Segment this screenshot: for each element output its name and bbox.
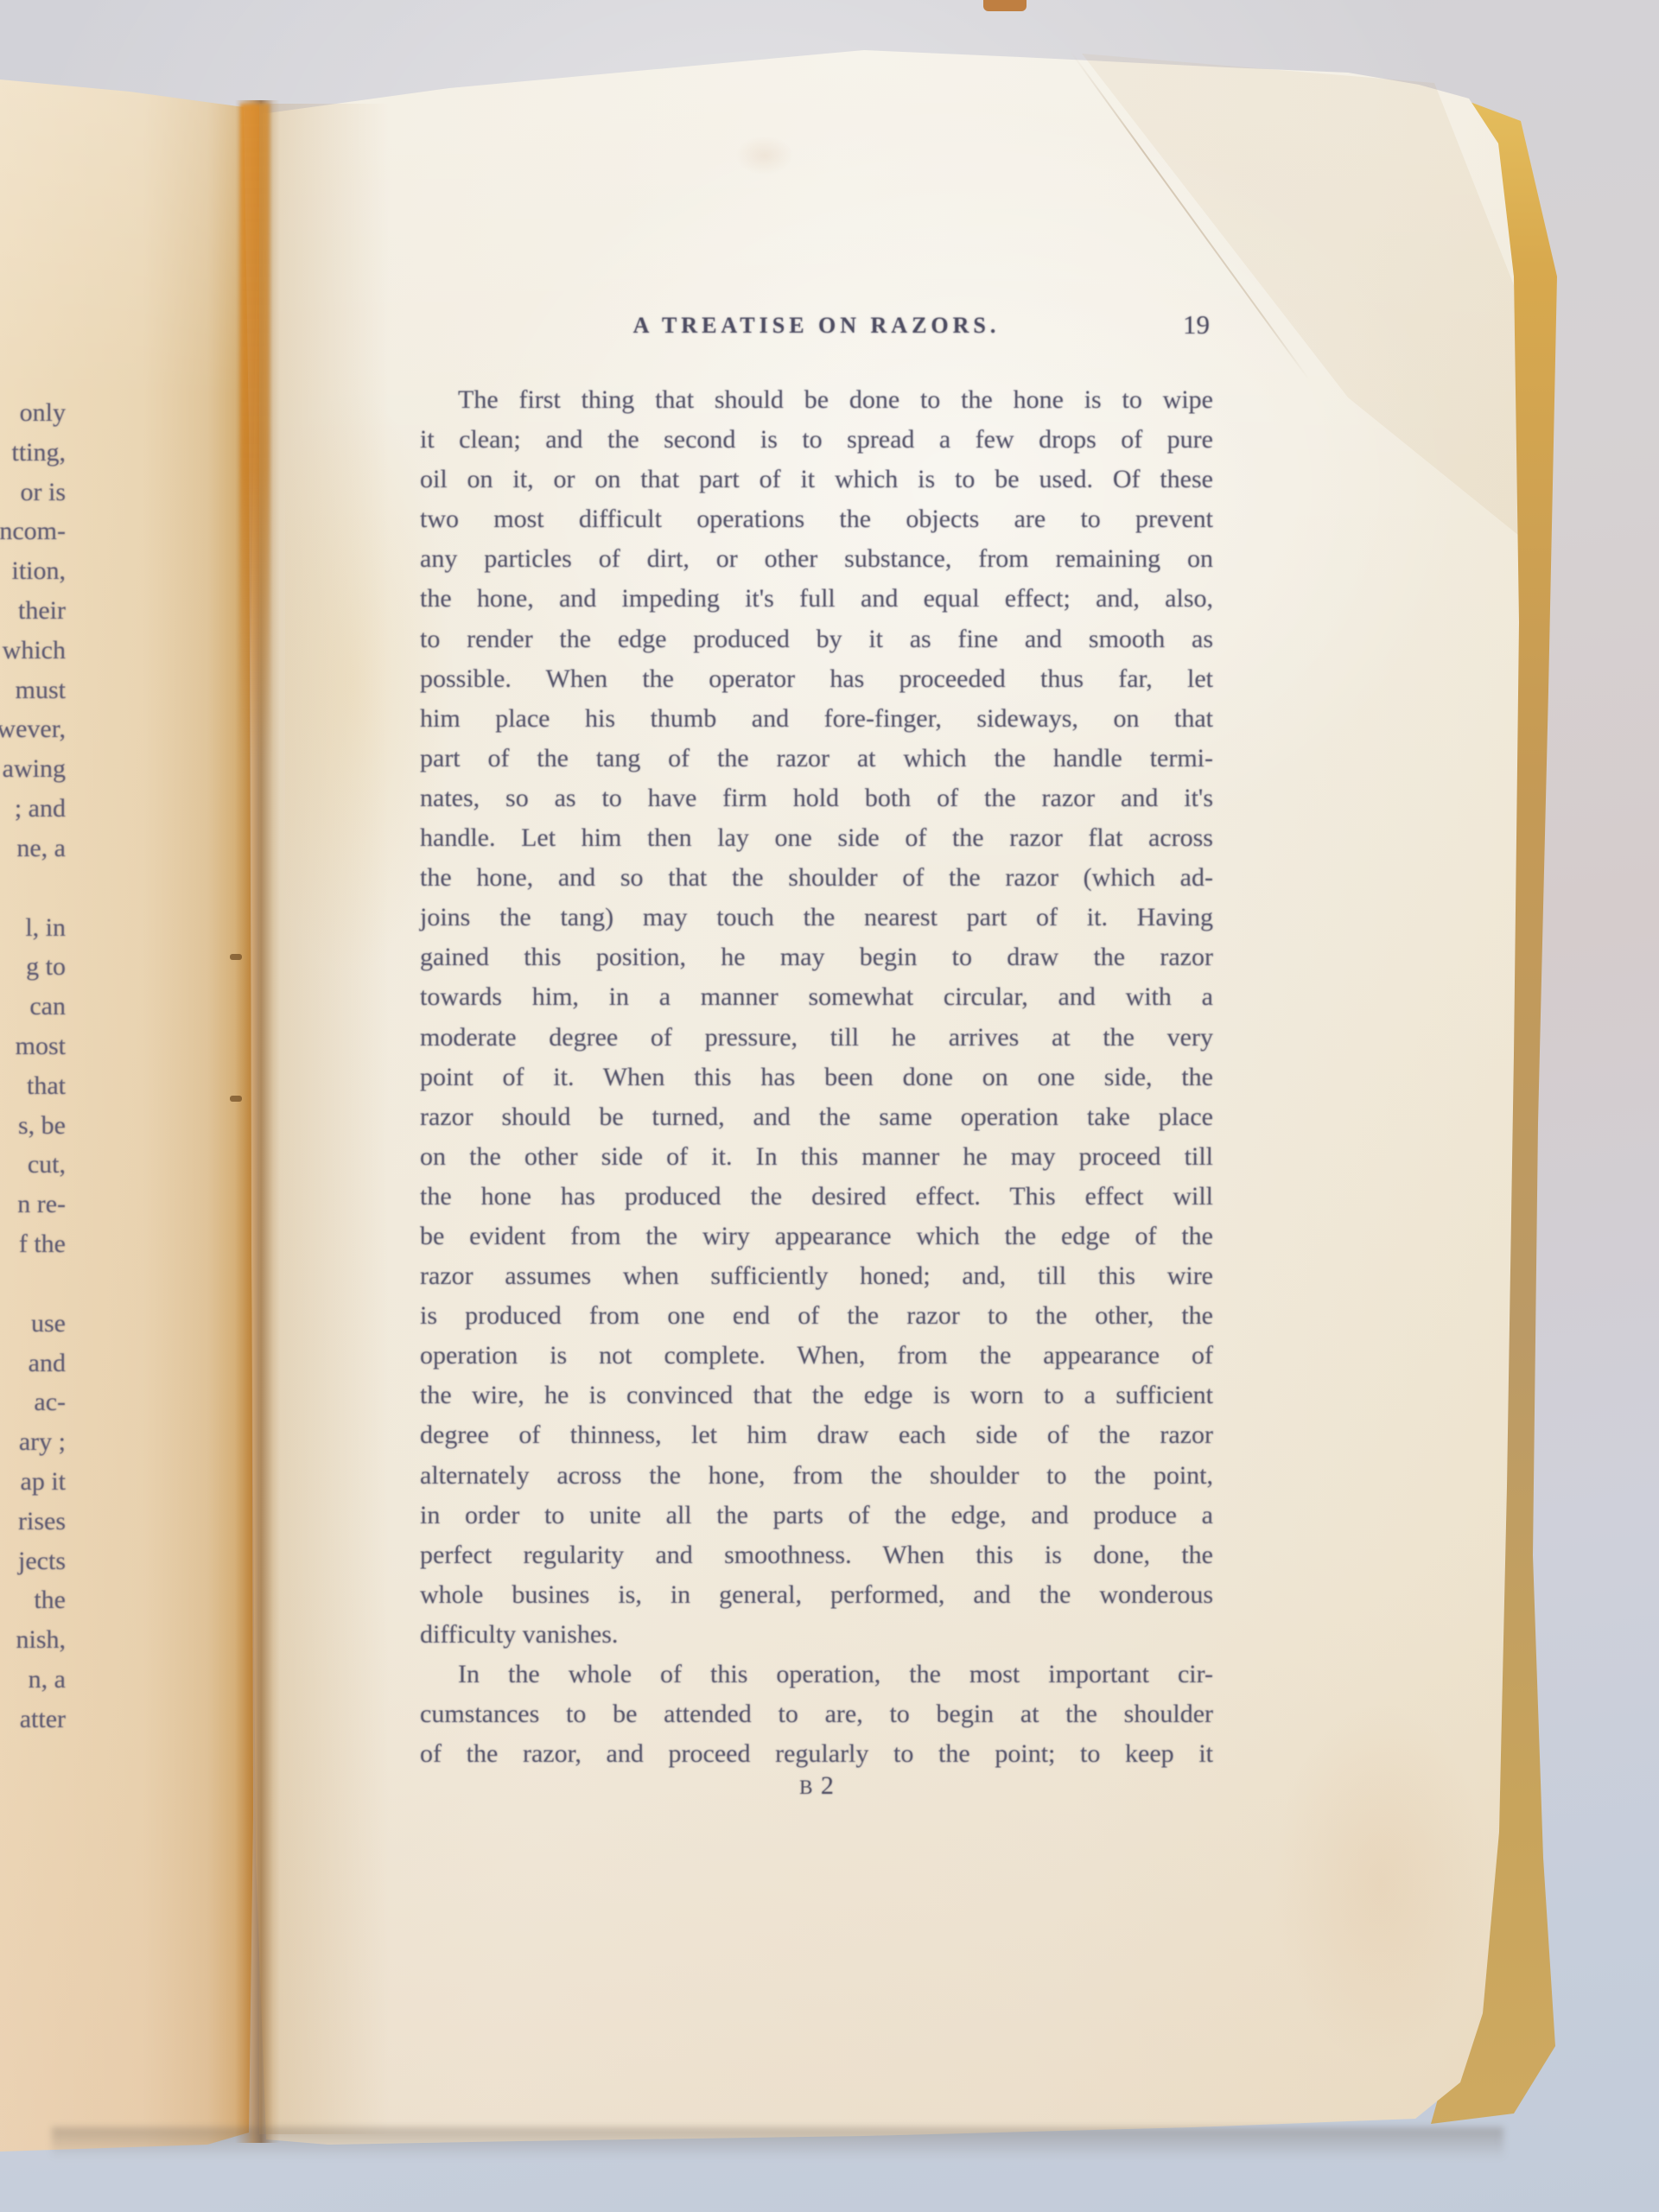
text-line: moderate degree of pressure, till he arr…: [420, 1018, 1213, 1058]
fragment-line: atter: [20, 1700, 66, 1739]
fragment-line: nish,: [16, 1620, 66, 1660]
text-line: The first thing that should be done to t…: [420, 380, 1213, 420]
fragment-line: tting,: [11, 433, 66, 473]
fragment-line: or is: [21, 473, 67, 512]
text-line: the hone has produced the desired effect…: [420, 1177, 1213, 1217]
fragment-line: rises: [18, 1502, 66, 1541]
text-line: difficulty vanishes.: [420, 1615, 1213, 1655]
fragment-line: can: [29, 987, 66, 1027]
fragment-line: ; and: [15, 789, 66, 829]
fragment-line: cut,: [28, 1145, 66, 1185]
fragment-line: f the: [19, 1224, 66, 1264]
text-line: the wire, he is convinced that the edge …: [420, 1376, 1213, 1415]
fragment-line: l, in: [25, 908, 66, 948]
left-page-fragments: onlytting,or isncom-ition,theirwhichmust…: [0, 0, 67, 1815]
fragment-line: which: [3, 631, 66, 671]
fragment-line: only: [20, 393, 66, 433]
running-header: A TREATISE ON RAZORS. 19: [420, 313, 1213, 358]
text-line: whole busines is, in general, performed,…: [420, 1575, 1213, 1615]
fragment-line: their: [18, 591, 66, 631]
fragment-line: g to: [26, 947, 66, 987]
text-line: alternately across the hone, from the sh…: [420, 1456, 1213, 1496]
text-block: The first thing that should be done to t…: [420, 380, 1213, 1774]
fragment-line: that: [27, 1066, 66, 1106]
binding-stitch: [230, 1096, 242, 1102]
text-line: towards him, in a manner somewhat circul…: [420, 977, 1213, 1017]
fragment-line: use: [31, 1304, 66, 1344]
book-photo: A TREATISE ON RAZORS. 19 The first thing…: [0, 0, 1659, 2212]
text-line: be evident from the wiry appearance whic…: [420, 1217, 1213, 1256]
text-line: In the whole of this operation, the most…: [420, 1655, 1213, 1694]
fragment-line: ncom-: [0, 512, 66, 551]
text-line: any particles of dirt, or other substanc…: [420, 539, 1213, 579]
fragment-line: must: [16, 671, 66, 710]
page-title: A TREATISE ON RAZORS.: [420, 313, 1213, 339]
signature-number: 2: [821, 1771, 834, 1800]
text-line: of the razor, and proceed regularly to t…: [420, 1734, 1213, 1774]
text-line: part of the tang of the razor at which t…: [420, 739, 1213, 779]
fragment-line: jects: [18, 1541, 66, 1581]
cover-edge-peek: [983, 0, 1027, 11]
text-line: the hone, and impeding it's full and equ…: [420, 579, 1213, 619]
fragment-line: awing: [3, 749, 66, 789]
text-line: joins the tang) may touch the nearest pa…: [420, 898, 1213, 938]
text-line: cumstances to be attended to are, to beg…: [420, 1694, 1213, 1734]
text-line: handle. Let him then lay one side of the…: [420, 818, 1213, 858]
fragment-line: n, a: [29, 1660, 66, 1700]
text-line: operation is not complete. When, from th…: [420, 1336, 1213, 1376]
fragment-line: ac-: [34, 1382, 66, 1422]
text-line: possible. When the operator has proceede…: [420, 659, 1213, 699]
text-line: gained this position, he may begin to dr…: [420, 938, 1213, 977]
page-number: 19: [1183, 309, 1210, 340]
text-line: nates, so as to have firm hold both of t…: [420, 779, 1213, 818]
text-line: him place his thumb and fore-finger, sid…: [420, 699, 1213, 739]
fragment-line: ition,: [11, 551, 66, 591]
binding-stitch: [230, 954, 242, 960]
fragment-line: wever,: [0, 709, 66, 749]
right-page-content: A TREATISE ON RAZORS. 19 The first thing…: [420, 313, 1213, 1774]
signature-letter: B: [799, 1777, 814, 1798]
fragment-line: ary ;: [19, 1422, 66, 1462]
text-line: it clean; and the second is to spread a …: [420, 420, 1213, 460]
fragment-line: most: [16, 1027, 66, 1066]
text-line: razor assumes when sufficiently honed; a…: [420, 1256, 1213, 1296]
fragment-line: and: [29, 1344, 66, 1383]
text-line: two most difficult operations the object…: [420, 499, 1213, 539]
fragment-line: ap it: [21, 1462, 67, 1502]
fragment-line: the: [34, 1580, 66, 1620]
fragment-line: n re-: [17, 1185, 66, 1224]
text-line: razor should be turned, and the same ope…: [420, 1097, 1213, 1137]
text-line: is produced from one end of the razor to…: [420, 1296, 1213, 1336]
text-line: oil on it, or on that part of it which i…: [420, 460, 1213, 499]
text-line: degree of thinness, let him draw each si…: [420, 1415, 1213, 1455]
text-line: the hone, and so that the shoulder of th…: [420, 858, 1213, 898]
text-line: perfect regularity and smoothness. When …: [420, 1535, 1213, 1575]
fragment-line: s, be: [18, 1106, 66, 1146]
fragment-line: ne, a: [16, 829, 66, 868]
text-line: in order to unite all the parts of the e…: [420, 1496, 1213, 1535]
signature-mark: B 2: [420, 1771, 1213, 1801]
text-line: point of it. When this has been done on …: [420, 1058, 1213, 1097]
text-line: to render the edge produced by it as fin…: [420, 620, 1213, 659]
text-line: on the other side of it. In this manner …: [420, 1137, 1213, 1177]
